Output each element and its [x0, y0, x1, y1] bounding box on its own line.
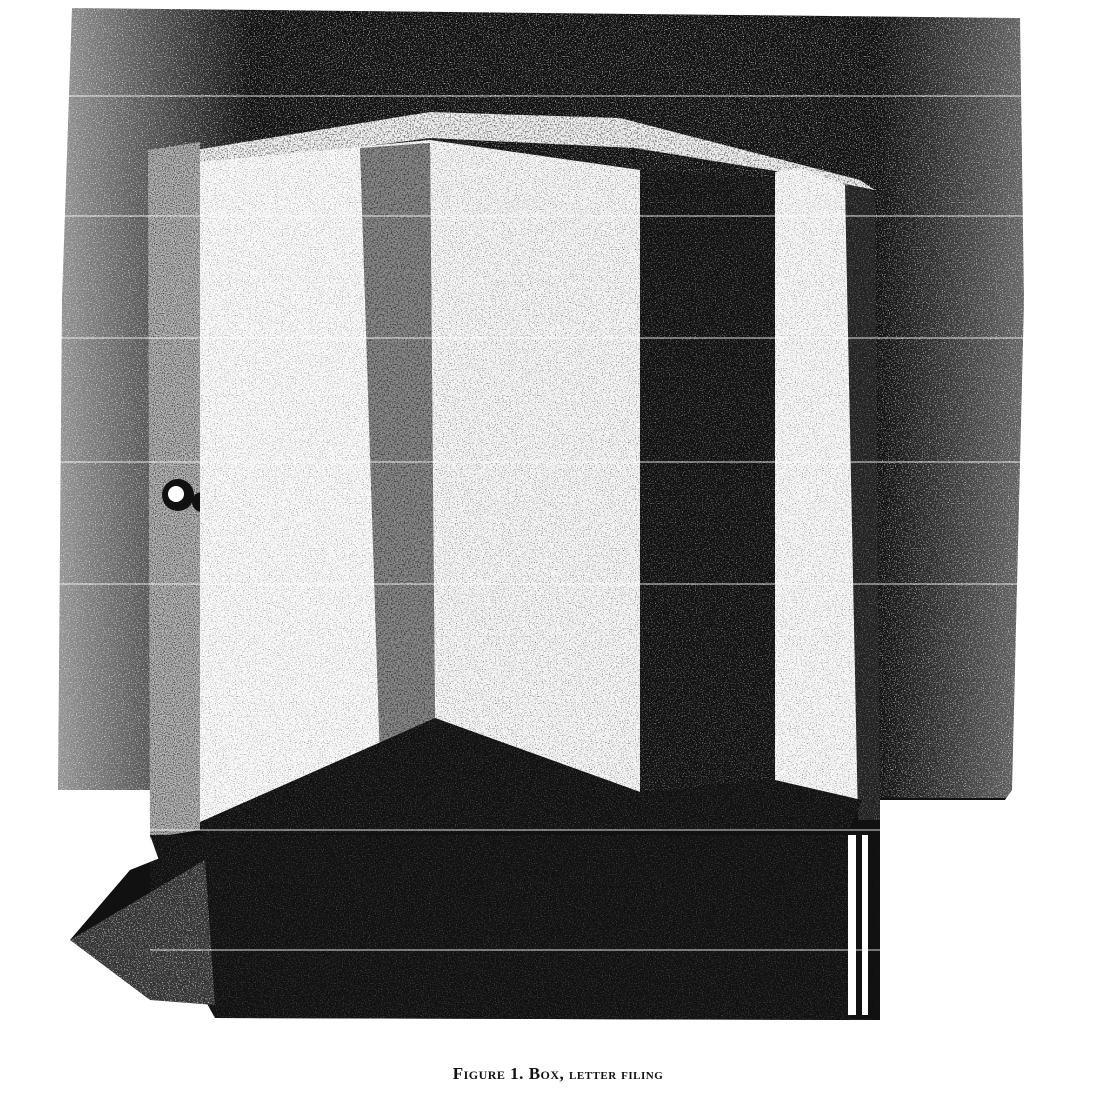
figure-photo: [0, 0, 1116, 1040]
box-back-panel: [430, 140, 640, 792]
figure-title: Box,: [529, 1064, 565, 1083]
figure-caption: Figure 1. Box, letter filing: [0, 1064, 1116, 1084]
box-compartment: [640, 170, 775, 792]
figure-label: Figure 1.: [453, 1064, 524, 1083]
box-base: [150, 828, 874, 1020]
box-right-partition: [775, 168, 880, 820]
figure-subtitle: letter filing: [569, 1066, 663, 1083]
